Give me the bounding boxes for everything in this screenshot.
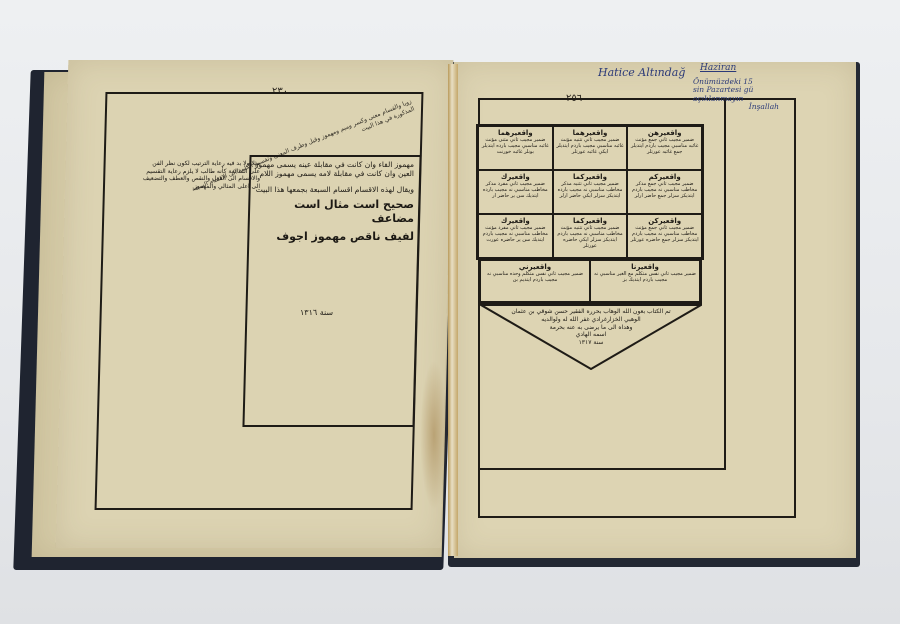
book-photo: ٢٣٠ زويا والقسام معنى وكسر وميم ومهموز و… — [0, 0, 900, 624]
handwritten-name: Hatice Altındağ — [598, 66, 685, 79]
book-spine — [448, 64, 458, 556]
inner-verse-1: صحيح است مثال است مضاعف — [252, 198, 414, 226]
note-line: İnşallah — [693, 103, 785, 111]
colophon-line: سنة ١٣١٧ — [500, 339, 682, 347]
colophon-text: تم الكتاب بعون الله الوهاب بحرره الفقير … — [500, 308, 682, 347]
table-cell: واقعيركنضمير مجيب ثاني جمع مؤنث مخاطب من… — [627, 214, 702, 258]
table-cell: واقعيرناضمير مجيب ثاني نفس متكلم مع الغي… — [590, 260, 700, 302]
table-cell: واقعيركمضمير مجيب ثاني جمع مذكر مخاطب من… — [627, 170, 702, 214]
inner-verse-2: لفيف ناقص مهموز اجوف — [252, 230, 414, 244]
handwritten-note: Önümüzdeki 15 sin Pazartesi gü açıklanma… — [693, 78, 785, 111]
conjugation-table-bottom-row: واقعيرنيضمير مجيب ثاني نفس متكلم وحده من… — [478, 260, 702, 304]
handwritten-month: Haziran — [700, 63, 736, 73]
water-stain — [420, 360, 448, 510]
table-cell: واقعيرهماضمير مجيب ثاني مثنى مؤنث غائبه … — [478, 126, 553, 170]
left-date-mark: سنة ١٣١٦ — [300, 308, 333, 318]
colophon-line: وهداه الى ما يرضى به عنه بحرمة — [500, 324, 682, 332]
conjugation-table: واقعيرهماضمير مجيب ثاني مثنى مؤنث غائبه … — [476, 124, 704, 260]
inner-line-1: مهموز الفاء وان كانت في مقابلة عينه يسمى… — [252, 160, 414, 179]
left-column-text: مثلا ولا بد فيه رعاية الترتيب لكون نظر ا… — [140, 160, 260, 190]
table-cell: واقعيركضمير مجيب ثاني مفرد مؤنث مخاطب من… — [478, 214, 553, 258]
table-cell: واقعيرهماضمير مجيب ثاني تثنيه مؤنث غائبه… — [553, 126, 628, 170]
table-cell: واقعيركماضمير مجيب ثاني تثنيه مؤنث مخاطب… — [553, 214, 628, 258]
table-cell: واقعيرنيضمير مجيب ثاني نفس متكلم وحده من… — [480, 260, 590, 302]
colophon-line: تم الكتاب بعون الله الوهاب بحرره الفقير … — [500, 308, 682, 316]
inner-line-2: ويقال لهذه الاقسام اقسام السبعة بجمعها ه… — [252, 185, 414, 194]
colophon-line: اسمه الهادي — [500, 331, 682, 339]
table-cell: واقعيرهنضمير مجيب ثاني جمع مؤنث غائبه من… — [627, 126, 702, 170]
left-inner-text-block: مهموز الفاء وان كانت في مقابلة عينه يسمى… — [252, 160, 414, 247]
colophon-line: الوهبي الخزارغرادي غفر الله له ولوالديه — [500, 316, 682, 324]
table-cell: واقعيركماضمير مجيب ثاني تثنيه مذكر مخاطب… — [553, 170, 628, 214]
table-cell: واقعيركضمير مجيب ثاني مفرد مذكر مخاطب من… — [478, 170, 553, 214]
